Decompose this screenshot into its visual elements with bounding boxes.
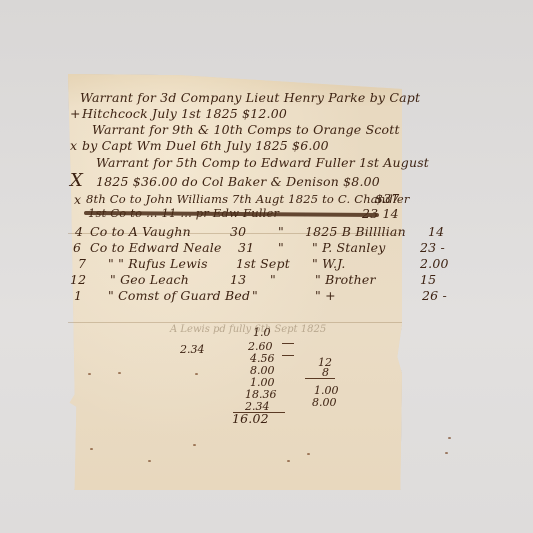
- entry-amount: $37: [375, 191, 399, 206]
- row-number: 12: [70, 272, 86, 287]
- row-day: ": [252, 288, 258, 303]
- row-by: 1825 B Billllian: [305, 224, 406, 239]
- row-number: 4: [75, 224, 83, 239]
- ink-spot: [195, 373, 198, 375]
- calc-left-value: 2.34: [180, 343, 205, 356]
- entry-mark: x: [70, 138, 77, 153]
- row-by: " P. Stanley: [312, 240, 386, 255]
- entry-line-1: Warrant for 3d Company Lieut Henry Parke…: [80, 90, 420, 105]
- row-amount: 2.00: [420, 256, 449, 271]
- entry-line-6: 1825 $36.00 do Col Baker & Denison $8.00: [96, 174, 380, 189]
- calc-total: 16.02: [232, 411, 269, 426]
- ink-spot: [148, 460, 151, 462]
- entry-line-7: 8th Co to John Williams 7th Augt 1825 to…: [86, 192, 410, 206]
- row-day: 1st Sept: [236, 256, 290, 271]
- row-amount: 26 -: [422, 288, 447, 303]
- fold-line: [68, 322, 402, 323]
- row-company: " Comst of Guard Bed: [108, 288, 250, 303]
- calc-right-value: 8.00: [312, 396, 337, 409]
- ink-spot: [88, 373, 91, 375]
- row-company: " " Rufus Lewis: [108, 256, 208, 271]
- ink-spot: [287, 460, 290, 462]
- entry-mark: x: [74, 192, 81, 207]
- ink-spot: [193, 444, 196, 446]
- row-day: 31: [238, 240, 254, 255]
- row-amount: 15: [420, 272, 436, 287]
- ink-spot: [118, 372, 121, 374]
- tick-rule: [282, 343, 294, 344]
- row-by: " Brother: [315, 272, 376, 287]
- ink-spot: [307, 453, 310, 455]
- ink-spot: [448, 437, 451, 439]
- entry-line-5: Warrant for 5th Comp to Edward Fuller 1s…: [96, 155, 429, 170]
- row-ditto: ": [278, 240, 284, 255]
- row-company: Co to Edward Neale: [90, 240, 222, 255]
- row-amount: 23 -: [420, 240, 445, 255]
- entry-line-3: Warrant for 9th & 10th Comps to Orange S…: [92, 122, 400, 137]
- row-day: 30: [230, 224, 246, 239]
- faded-heading: A Lewis pd fully 6th Sept 1825: [170, 324, 326, 335]
- entry-mark: +: [70, 106, 81, 121]
- ink-spot: [90, 448, 93, 450]
- row-ditto: ": [278, 224, 284, 239]
- row-number: 6: [73, 240, 81, 255]
- row-by: " W.J.: [312, 256, 346, 271]
- calc-right-rule: [305, 378, 335, 379]
- row-by: " +: [315, 288, 336, 303]
- tick-rule: [282, 355, 294, 356]
- row-number: 7: [78, 256, 86, 271]
- row-day: 13: [230, 272, 246, 287]
- row-company: Co to A Vaughn: [90, 224, 191, 239]
- row-amount: 14: [428, 224, 444, 239]
- ink-spot: [445, 452, 448, 454]
- entry-line-2: Hitchcock July 1st 1825 $12.00: [82, 106, 287, 121]
- entry-mark: X: [70, 170, 83, 191]
- row-company: " Geo Leach: [110, 272, 189, 287]
- row-ditto: ": [270, 272, 276, 287]
- entry-line-4: by Capt Wm Duel 6th July 1825 $6.00: [82, 138, 329, 153]
- row-number: 1: [74, 288, 82, 303]
- calc-value: 1.0: [253, 326, 271, 339]
